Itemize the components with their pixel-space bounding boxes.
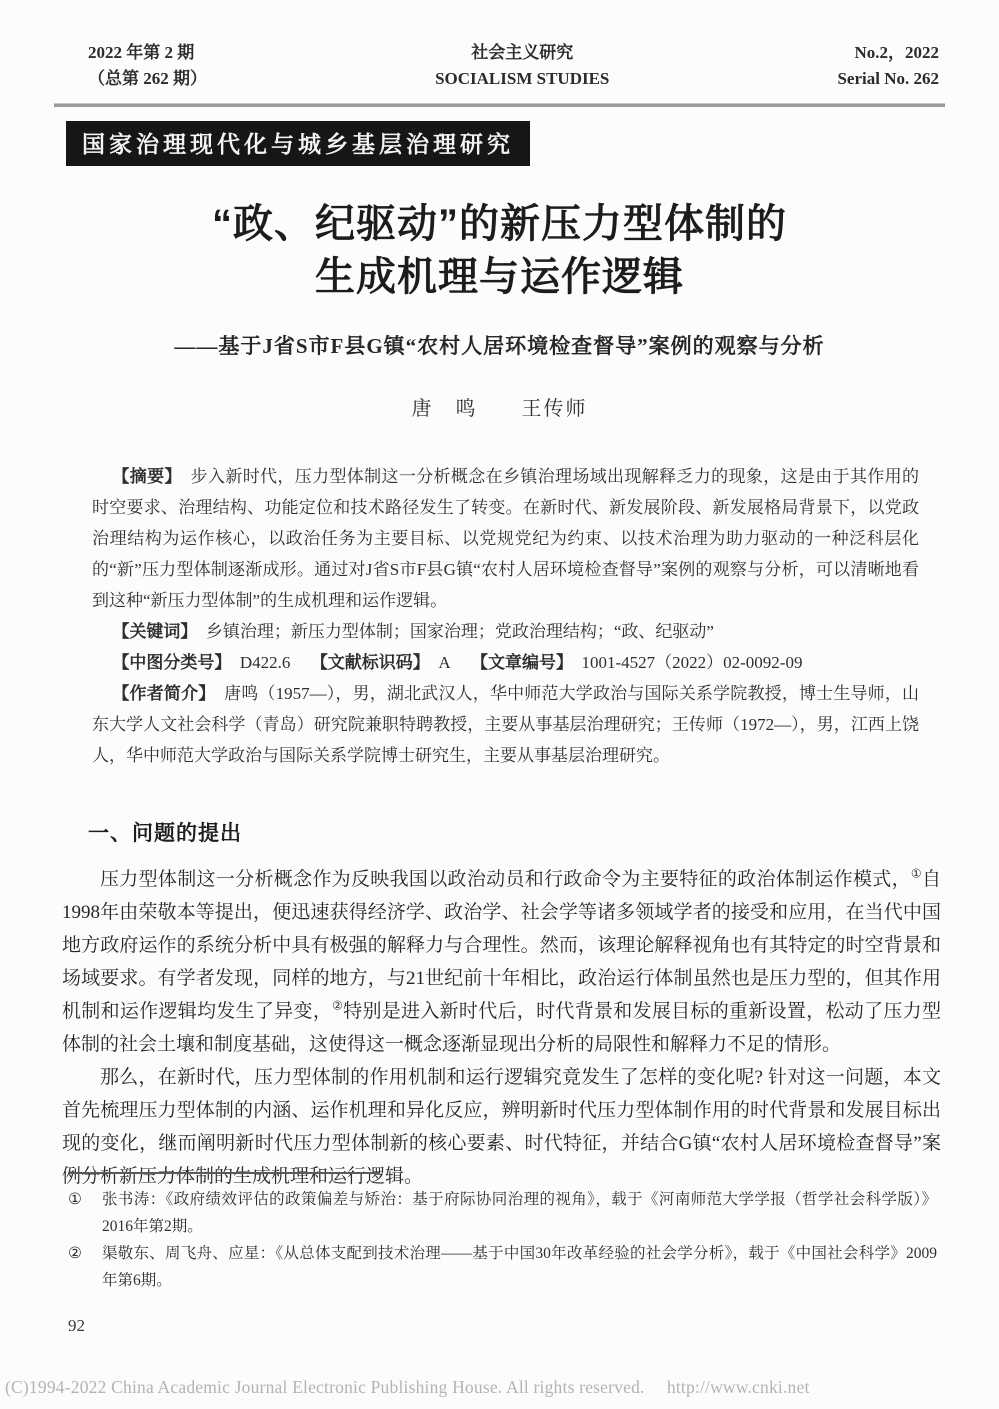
paragraph-1-text-cont: 自1998年由荣敬本等提出，便迅速获得经济学、政治学、社会学等诸多领域学者的接受…	[62, 869, 941, 1022]
keywords: 【关键词】 乡镇治理；新压力型体制；国家治理；党政治理结构；“政、纪驱动”	[92, 616, 919, 647]
clc-label: 【中图分类号】	[112, 653, 223, 672]
article-title-line1: “政、纪驱动”的新压力型体制的	[0, 198, 999, 251]
serial-line1: No.2，2022	[837, 40, 939, 66]
article-title-line2: 生成机理与运作逻辑	[0, 251, 999, 304]
abstract-text: 步入新时代，压力型体制这一分析概念在乡镇治理场域出现解释乏力的现象，这是由于其作…	[92, 467, 919, 610]
footnote-divider	[68, 1172, 380, 1174]
article-id-value: 1001-4527（2022）02-0092-09	[581, 653, 802, 672]
article-id-label: 【文章编号】	[471, 653, 565, 672]
serial-line2: Serial No. 262	[837, 66, 939, 92]
issue-line2: （总第 262 期）	[88, 66, 207, 92]
header-divider	[54, 103, 945, 107]
article-body: 压力型体制这一分析概念作为反映我国以政治动员和行政命令为主要特征的政治体制运作模…	[62, 863, 941, 1193]
article-authors: 唐 鸣 王传师	[0, 392, 999, 421]
footnote-2-text: 渠敬东、周飞舟、应星：《从总体支配到技术治理——基于中国30年改革经验的社会学分…	[102, 1245, 937, 1289]
paragraph-1-text: 压力型体制这一分析概念作为反映我国以政治动员和行政命令为主要特征的政治体制运作模…	[100, 869, 911, 890]
paragraph-1: 压力型体制这一分析概念作为反映我国以政治动员和行政命令为主要特征的政治体制运作模…	[62, 863, 941, 1061]
bio-text: 唐鸣（1957—），男，湖北武汉人，华中师范大学政治与国际关系学院教授，博士生导…	[92, 684, 919, 765]
footnote-ref-1: ①	[911, 866, 922, 880]
issue-info: 2022 年第 2 期 （总第 262 期）	[88, 40, 207, 93]
abstract-label: 【摘要】	[112, 467, 173, 486]
page-number: 92	[68, 1316, 85, 1336]
footnote-1-text: 张书涛：《政府绩效评估的政策偏差与矫治：基于府际协同治理的视角》，载于《河南师范…	[102, 1191, 937, 1235]
keywords-label: 【关键词】	[112, 622, 189, 641]
bio-label: 【作者简介】	[112, 684, 207, 703]
serial-info: No.2，2022 Serial No. 262	[837, 40, 939, 93]
article-title: “政、纪驱动”的新压力型体制的 生成机理与运作逻辑	[0, 198, 999, 304]
clc-value: D422.6	[240, 653, 291, 672]
journal-header: 2022 年第 2 期 （总第 262 期） 社会主义研究 SOCIALISM …	[0, 0, 999, 93]
author-bio: 【作者简介】 唐鸣（1957—），男，湖北武汉人，华中师范大学政治与国际关系学院…	[92, 678, 919, 771]
article-subtitle: ——基于J省S市F县G镇“农村人居环境检查督导”案例的观察与分析	[0, 330, 999, 360]
copyright-footer: (C)1994-2022 China Academic Journal Elec…	[5, 1374, 995, 1399]
journal-title-en: SOCIALISM STUDIES	[435, 66, 609, 92]
keywords-text: 乡镇治理；新压力型体制；国家治理；党政治理结构；“政、纪驱动”	[206, 622, 714, 641]
doc-code-value: A	[438, 653, 450, 672]
journal-page: 2022 年第 2 期 （总第 262 期） 社会主义研究 SOCIALISM …	[0, 0, 999, 1409]
footnote-ref-2: ②	[332, 998, 343, 1012]
journal-title-cn: 社会主义研究	[435, 40, 609, 66]
journal-title: 社会主义研究 SOCIALISM STUDIES	[435, 40, 609, 93]
footnotes: ① 张书涛：《政府绩效评估的政策偏差与矫治：基于府际协同治理的视角》，载于《河南…	[68, 1172, 937, 1294]
category-banner-wrap: 国家治理现代化与城乡基层治理研究	[66, 121, 999, 166]
footnote-1: ① 张书涛：《政府绩效评估的政策偏差与矫治：基于府际协同治理的视角》，载于《河南…	[68, 1186, 937, 1240]
abstract: 【摘要】 步入新时代，压力型体制这一分析概念在乡镇治理场域出现解释乏力的现象，这…	[92, 461, 919, 616]
category-banner: 国家治理现代化与城乡基层治理研究	[66, 121, 530, 166]
footnote-2-marker: ②	[68, 1240, 82, 1267]
doc-code-label: 【文献标识码】	[311, 653, 422, 672]
article-meta: 【摘要】 步入新时代，压力型体制这一分析概念在乡镇治理场域出现解释乏力的现象，这…	[92, 461, 919, 771]
classification-line: 【中图分类号】 D422.6【文献标识码】 A【文章编号】 1001-4527（…	[92, 647, 919, 678]
footnote-2: ② 渠敬东、周飞舟、应星：《从总体支配到技术治理——基于中国30年改革经验的社会…	[68, 1240, 937, 1294]
section-heading-1: 一、问题的提出	[88, 817, 999, 847]
footnote-1-marker: ①	[68, 1186, 82, 1213]
issue-line1: 2022 年第 2 期	[88, 40, 207, 66]
